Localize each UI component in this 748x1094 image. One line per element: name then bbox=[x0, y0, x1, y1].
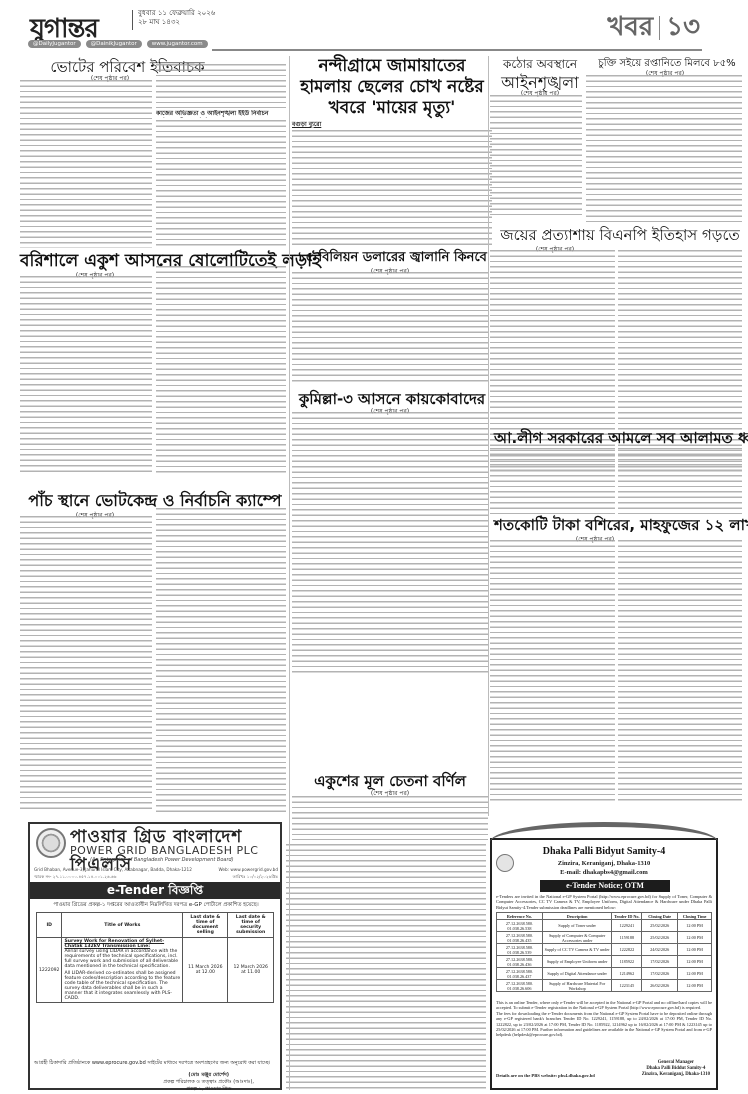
ref-no: 27.12.2638.580. 01.038.26.437 bbox=[497, 968, 543, 980]
ad-note-2: The fees for downloading the e-Tender do… bbox=[496, 1011, 712, 1038]
ref-no: 27.12.2638.580. 01.038.26.436 bbox=[497, 956, 543, 968]
ad-ref-no: স্মারক নং- ২৭.১১.০০০০.৪৫৭.১৪.০০১.২৬.৬৬ bbox=[34, 874, 116, 881]
section-label: খবর১৩ bbox=[607, 6, 700, 50]
description: Supply of Computer & Computer Accessorie… bbox=[542, 932, 612, 944]
work-desc-1: Aerial survey using LIDAR in accordance … bbox=[64, 949, 180, 969]
social-link-x[interactable]: @DailyJugantor bbox=[28, 40, 81, 48]
article-body-awami-col1 bbox=[490, 448, 615, 518]
article-body-comilla-3 bbox=[292, 412, 488, 674]
table-row: 27.12.2638.580. 01.038.26.538 Supply of … bbox=[497, 920, 712, 932]
signer-title: প্রকল্প পরিচালক ও তত্ত্বাঃ প্রকৌঃ (আঃদাঃ… bbox=[163, 1079, 254, 1086]
doc-selling-date: 11 March 2026 at 12.00 bbox=[183, 938, 228, 1003]
closing-time: 12:00 PM bbox=[678, 956, 712, 968]
signer-unit: প্রকল্প-১, পাওয়ার গ্রিড bbox=[163, 1086, 254, 1093]
ad-ref-date: তারিখঃ ১০/০২/২০২৬খ্রিঃ bbox=[233, 874, 278, 881]
col-header-closing-date: Closing Date bbox=[642, 913, 678, 920]
closing-time: 12:00 PM bbox=[678, 944, 712, 956]
power-grid-logo-icon bbox=[36, 828, 66, 858]
col-header-closing-time: Closing Time bbox=[678, 913, 712, 920]
ad-notice-band: e-Tender Notice; OTM bbox=[540, 880, 670, 892]
closing-time: 12:00 PM bbox=[678, 932, 712, 944]
ad-dhaka-palli-etender: Dhaka Palli Bidyut Samity-4 Zinzira, Ker… bbox=[490, 838, 718, 1090]
tender-id: 1185922 bbox=[612, 956, 642, 968]
social-links: @DailyJugantor @DainikJugantor www.jugan… bbox=[28, 40, 208, 48]
closing-time: 12:00 PM bbox=[678, 968, 712, 980]
ad-power-grid-etender: পাওয়ার গ্রিড বাংলাদেশ পিএলসি POWER GRID… bbox=[28, 822, 282, 1090]
col-header-title: Title of Works bbox=[62, 913, 183, 938]
ad-signature: (মোঃ মঞ্জুর মোর্শেদ) প্রকল্প পরিচালক ও ত… bbox=[163, 1072, 254, 1093]
article-body-export-85 bbox=[586, 75, 742, 225]
ad-org-email[interactable]: E-mail: dhakapbs4@gmail.com bbox=[492, 869, 716, 876]
table-header-row: ID Title of Works Last date & time of do… bbox=[37, 913, 274, 938]
article-body-barishal-col1 bbox=[20, 276, 152, 476]
table-row: 27.12.2638.580. 01.038.26.606 Supply of … bbox=[497, 980, 712, 992]
description: Supply of Hardware Material For Workshop bbox=[542, 980, 612, 992]
date-bengali: ২৮ মাঘ ১৪৩২ bbox=[138, 18, 215, 27]
article-body-law-order bbox=[490, 95, 582, 215]
tender-table: ID Title of Works Last date & time of do… bbox=[36, 912, 274, 1003]
col-header-security: Last date & time of security submission bbox=[228, 913, 274, 938]
article-body-energy-15bn bbox=[292, 272, 488, 382]
closing-date: 17/02/2026 bbox=[642, 956, 678, 968]
article-body-awami-col2 bbox=[618, 448, 742, 518]
article-body-hundred-crore-col2 bbox=[618, 540, 742, 802]
tender-id: 1222822 bbox=[612, 944, 642, 956]
closing-date: 25/02/2026 bbox=[642, 920, 678, 932]
ad-web[interactable]: Web: www.powergrid.gov.bd bbox=[218, 867, 278, 872]
article-subhead-eu-mission: কাজের অভিজ্ঞতা ও আইনশৃঙ্খলা ইইউ নির্বাচন… bbox=[156, 110, 286, 118]
article-body-ekushe-top bbox=[292, 796, 488, 840]
column-rule bbox=[488, 56, 489, 816]
date-gregorian: বুধবার ১১ ফেব্রুয়ারি ২০২৬ bbox=[138, 9, 215, 18]
tender-id: 1214962 bbox=[612, 968, 642, 980]
tender-table: Reference No. Description Tender ID No. … bbox=[496, 912, 712, 992]
article-body-vote-environment-col2b bbox=[156, 120, 286, 248]
closing-date: 17/02/2026 bbox=[642, 968, 678, 980]
ad-title-band: e-Tender বিজ্ঞপ্তি bbox=[30, 882, 280, 899]
closing-time: 12:00 PM bbox=[678, 920, 712, 932]
ad-intro: e-Tenders are invited in the National e-… bbox=[496, 894, 712, 910]
tender-id: 1223145 bbox=[612, 980, 642, 992]
headline-line: নন্দীগ্রামে জামায়াতের bbox=[292, 56, 492, 77]
work-cell: Survey Work for Renovation of Sylhet-Cha… bbox=[62, 938, 183, 1003]
description: Supply of Toner under bbox=[542, 920, 612, 932]
masthead: যুগান্তর বুধবার ১১ ফেব্রুয়ারি ২০২৬ ২৮ ম… bbox=[0, 0, 748, 54]
tender-id: 1229241 bbox=[612, 920, 642, 932]
description: Supply of Employee Uniform under bbox=[542, 956, 612, 968]
ref-no: 27.12.2638.580. 01.038.26.606 bbox=[497, 980, 543, 992]
section-divider bbox=[659, 16, 660, 40]
tender-id: 1159188 bbox=[612, 932, 642, 944]
social-link-facebook[interactable]: @DainikJugantor bbox=[86, 40, 142, 48]
page-number: ১৩ bbox=[666, 12, 700, 42]
ad-signature: General Manager Dhaka Palli Biddut Samit… bbox=[642, 1060, 710, 1078]
closing-date: 25/02/2026 bbox=[642, 932, 678, 944]
article-body-nandigram bbox=[292, 130, 492, 248]
social-link-website[interactable]: www.jugantor.com bbox=[147, 40, 208, 48]
ad-org-address: Zinzira, Keraniganj, Dhaka-1310 bbox=[492, 860, 716, 867]
col-header-tender-id: Tender ID No. bbox=[612, 913, 642, 920]
ref-no: 27.12.2638.580. 01.038.26.539 bbox=[497, 944, 543, 956]
col-header-ref: Reference No. bbox=[497, 913, 543, 920]
article-body-five-places-col1 bbox=[20, 516, 152, 812]
ad-org-name-en: POWER GRID BANGLADESH PLC bbox=[70, 844, 258, 857]
ad-address: Grid Bhaban, Avenue-3, Jahurul Islam Cit… bbox=[34, 867, 192, 872]
article-body-ekushe bbox=[286, 844, 486, 1090]
ad-address-row: Grid Bhaban, Avenue-3, Jahurul Islam Cit… bbox=[34, 867, 278, 872]
ad-title-en: e-Tender bbox=[107, 883, 164, 897]
work-title: Survey Work for Renovation of Sylhet-Cha… bbox=[64, 939, 180, 949]
ad-footer: আগ্রহী ঠিকাদারি প্রতিষ্ঠানকে www.eprocur… bbox=[34, 1060, 278, 1067]
table-header-row: Reference No. Description Tender ID No. … bbox=[497, 913, 712, 920]
closing-date: 26/02/2026 bbox=[642, 980, 678, 992]
col-header-desc: Description bbox=[542, 913, 612, 920]
col-header-id: ID bbox=[37, 913, 62, 938]
article-body-five-places-col2 bbox=[156, 508, 286, 812]
work-desc-2: All LIDAR-derived co-ordinates shall be … bbox=[64, 971, 180, 1001]
article-body-hundred-crore-col1 bbox=[490, 540, 615, 802]
table-row: 27.12.2638.580. 01.038.26.435 Supply of … bbox=[497, 932, 712, 944]
table-row: 27.12.2638.580. 01.038.26.539 Supply of … bbox=[497, 944, 712, 956]
ad-website[interactable]: Details are on the PBS website: pbs4.dha… bbox=[496, 1073, 595, 1078]
article-body-vote-environment-col1 bbox=[20, 80, 152, 248]
ad-notes: This is an online Tender, where only e-T… bbox=[496, 1000, 712, 1038]
headline-line: খবরে 'মায়ের মৃত্যু' bbox=[292, 98, 492, 119]
closing-date: 24/02/2026 bbox=[642, 944, 678, 956]
closing-time: 12:00 PM bbox=[678, 980, 712, 992]
table-row: 1222092 Survey Work for Renovation of Sy… bbox=[37, 938, 274, 1003]
article-body-vote-environment-col2a bbox=[156, 64, 286, 108]
tender-id: 1222092 bbox=[37, 938, 62, 1003]
ad-note-1: This is an online Tender, where only e-T… bbox=[496, 1000, 712, 1011]
headline-line: হামলায় ছেলের চোখ নষ্টের bbox=[292, 77, 492, 98]
section-name: খবর bbox=[607, 12, 653, 42]
issue-date: বুধবার ১১ ফেব্রুয়ারি ২০২৬ ২৮ মাঘ ১৪৩২ bbox=[138, 9, 215, 27]
description: Supply of Digital Attendance under bbox=[542, 968, 612, 980]
ad-ref-row: স্মারক নং- ২৭.১১.০০০০.৪৫৭.১৪.০০১.২৬.৬৬ ত… bbox=[34, 874, 278, 881]
ref-no: 27.12.2638.580. 01.038.26.538 bbox=[497, 920, 543, 932]
ad-title-bn: বিজ্ঞপ্তি bbox=[168, 883, 203, 897]
description: Supply of CC TV Camera & TV under bbox=[542, 944, 612, 956]
security-submission-date: 12 March 2026 at 11.00 bbox=[228, 938, 274, 1003]
headline-nandigram[interactable]: নন্দীগ্রামে জামায়াতের হামলায় ছেলের চোখ… bbox=[292, 56, 492, 119]
ad-enterprise-note: (An Enterprise of Bangladesh Power Devel… bbox=[90, 857, 234, 863]
ad-intro: পাওয়ার গ্রিডের প্রকল্প-১ দপ্তরের আওতাধী… bbox=[34, 902, 278, 910]
article-body-barishal-col2 bbox=[156, 266, 286, 476]
ref-no: 27.12.2638.580. 01.038.26.435 bbox=[497, 932, 543, 944]
signer-name: (মোঃ মঞ্জুর মোর্শেদ) bbox=[163, 1072, 254, 1079]
ad-org-title: Dhaka Palli Bidyut Samity-4 bbox=[492, 846, 716, 857]
table-row: 27.12.2638.580. 01.038.26.436 Supply of … bbox=[497, 956, 712, 968]
table-row: 27.12.2638.580. 01.038.26.437 Supply of … bbox=[497, 968, 712, 980]
signer-addr: Zinzira, Keraniganj, Dhaka-1310 bbox=[642, 1072, 710, 1078]
logo-divider bbox=[132, 10, 133, 30]
col-header-doc-selling: Last date & time of document selling bbox=[183, 913, 228, 938]
column-rule bbox=[289, 56, 290, 1090]
byline: বগুড়া ব্যুরো bbox=[292, 121, 321, 129]
